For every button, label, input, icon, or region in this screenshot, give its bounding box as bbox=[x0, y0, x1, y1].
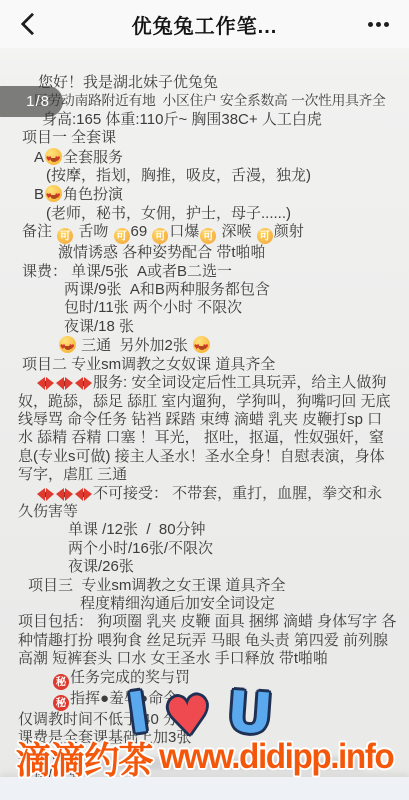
text-line: B角色扮演 bbox=[34, 185, 397, 204]
hearts-face-icon bbox=[193, 336, 210, 353]
heart-eyes-icon bbox=[45, 148, 62, 165]
text-line: 三通 另外加2张 bbox=[58, 336, 397, 355]
text-line: 项目一 全套课 bbox=[22, 129, 397, 147]
text-line: 夜课/18 张 bbox=[64, 318, 397, 336]
page-indicator-badge: 1/8 bbox=[0, 86, 63, 117]
ribbon-icon bbox=[56, 377, 73, 390]
watermark: 滴滴约茶 www.didipp.info bbox=[10, 730, 399, 784]
secret-icon: 秘 bbox=[53, 674, 69, 690]
text-line: 两课/9张 A和B两种服务都包含 bbox=[64, 281, 397, 299]
ribbon-icon bbox=[75, 488, 92, 501]
text-line: (老师，秘书，女佣，护士，母子......) bbox=[46, 205, 397, 223]
page-title: 优兔兔工作笔... bbox=[132, 10, 278, 39]
text-line: A全套服务 bbox=[34, 148, 397, 167]
text-line: 包时/11张 两个小时 不限次 bbox=[64, 299, 397, 317]
text-paragraph: 服务: 安全词设定后性工具玩弄，给主人做狗奴，跪舔，舔足 舔肛 室内遛狗，学狗叫… bbox=[18, 374, 397, 484]
text-line: 项目二 专业sm调教之女奴课 道具齐全 bbox=[22, 356, 397, 374]
document-lines: 您好！我是湖北妹子优兔兔区劳动南路附近有地 小区住户 安全系数高 一次性用具齐全… bbox=[0, 48, 409, 784]
acceptable-icon: 可 bbox=[257, 228, 273, 244]
text-paragraph: 项目包括： 狗项圈 乳夹 皮鞭 面具 捆绑 滴蜡 身体写字 各种情趣打扮 喂狗食… bbox=[18, 613, 397, 668]
text-line: 身高:165 体重:110斤~ 胸围38C+ 人工白虎 bbox=[42, 111, 397, 129]
heart-eyes-icon bbox=[45, 185, 62, 202]
secret-icon: 秘 bbox=[53, 695, 69, 711]
ribbon-icon bbox=[56, 488, 73, 501]
text-line: 备注 可 舌吻 可69 可口爆可 深喉 可颜射 bbox=[22, 223, 397, 244]
acceptable-icon: 可 bbox=[200, 228, 216, 244]
hearts-face-icon bbox=[59, 336, 76, 353]
text-line: 激情诱惑 各种姿势配合 带t啪啪 bbox=[58, 244, 397, 262]
text-line: 项目三 专业sm调教之女王课 道具齐全 bbox=[28, 577, 397, 595]
ribbon-icon bbox=[37, 377, 54, 390]
acceptable-icon: 可 bbox=[152, 228, 168, 244]
more-menu-button[interactable] bbox=[359, 11, 389, 37]
watermark-url: www.didipp.info bbox=[159, 737, 393, 777]
acceptable-icon: 可 bbox=[57, 228, 73, 244]
ribbon-icon bbox=[75, 377, 92, 390]
text-line: 单课 /12张 / 80分钟 bbox=[68, 521, 397, 539]
text-line: 您好！我是湖北妹子优兔兔 bbox=[38, 74, 397, 92]
text-line: 区劳动南路附近有地 小区住户 安全系数高 一次性用具齐全 bbox=[34, 92, 397, 110]
text-line: 两个小时/16张/不限次 bbox=[68, 540, 397, 558]
text-paragraph: 不可接受： 不带套，重打，血腥，拳交和永久伤害等 bbox=[18, 485, 397, 522]
text-line: 课费： 单课/5张 A或者B二选一 bbox=[22, 263, 397, 281]
text-line: (按摩，指划，胸推，吸皮，舌漫，独龙) bbox=[46, 167, 397, 185]
header: 优兔兔工作笔... bbox=[0, 0, 409, 48]
ellipsis-icon bbox=[376, 22, 381, 27]
chevron-left-icon bbox=[21, 13, 44, 36]
watermark-brand: 滴滴约茶 bbox=[16, 730, 153, 784]
text-line: 程度精细沟通后加安全词设定 bbox=[80, 595, 397, 613]
acceptable-icon: 可 bbox=[114, 228, 130, 244]
back-button[interactable] bbox=[20, 11, 46, 37]
text-line: 夜课/26张 bbox=[68, 558, 397, 576]
ribbon-icon bbox=[37, 488, 54, 501]
